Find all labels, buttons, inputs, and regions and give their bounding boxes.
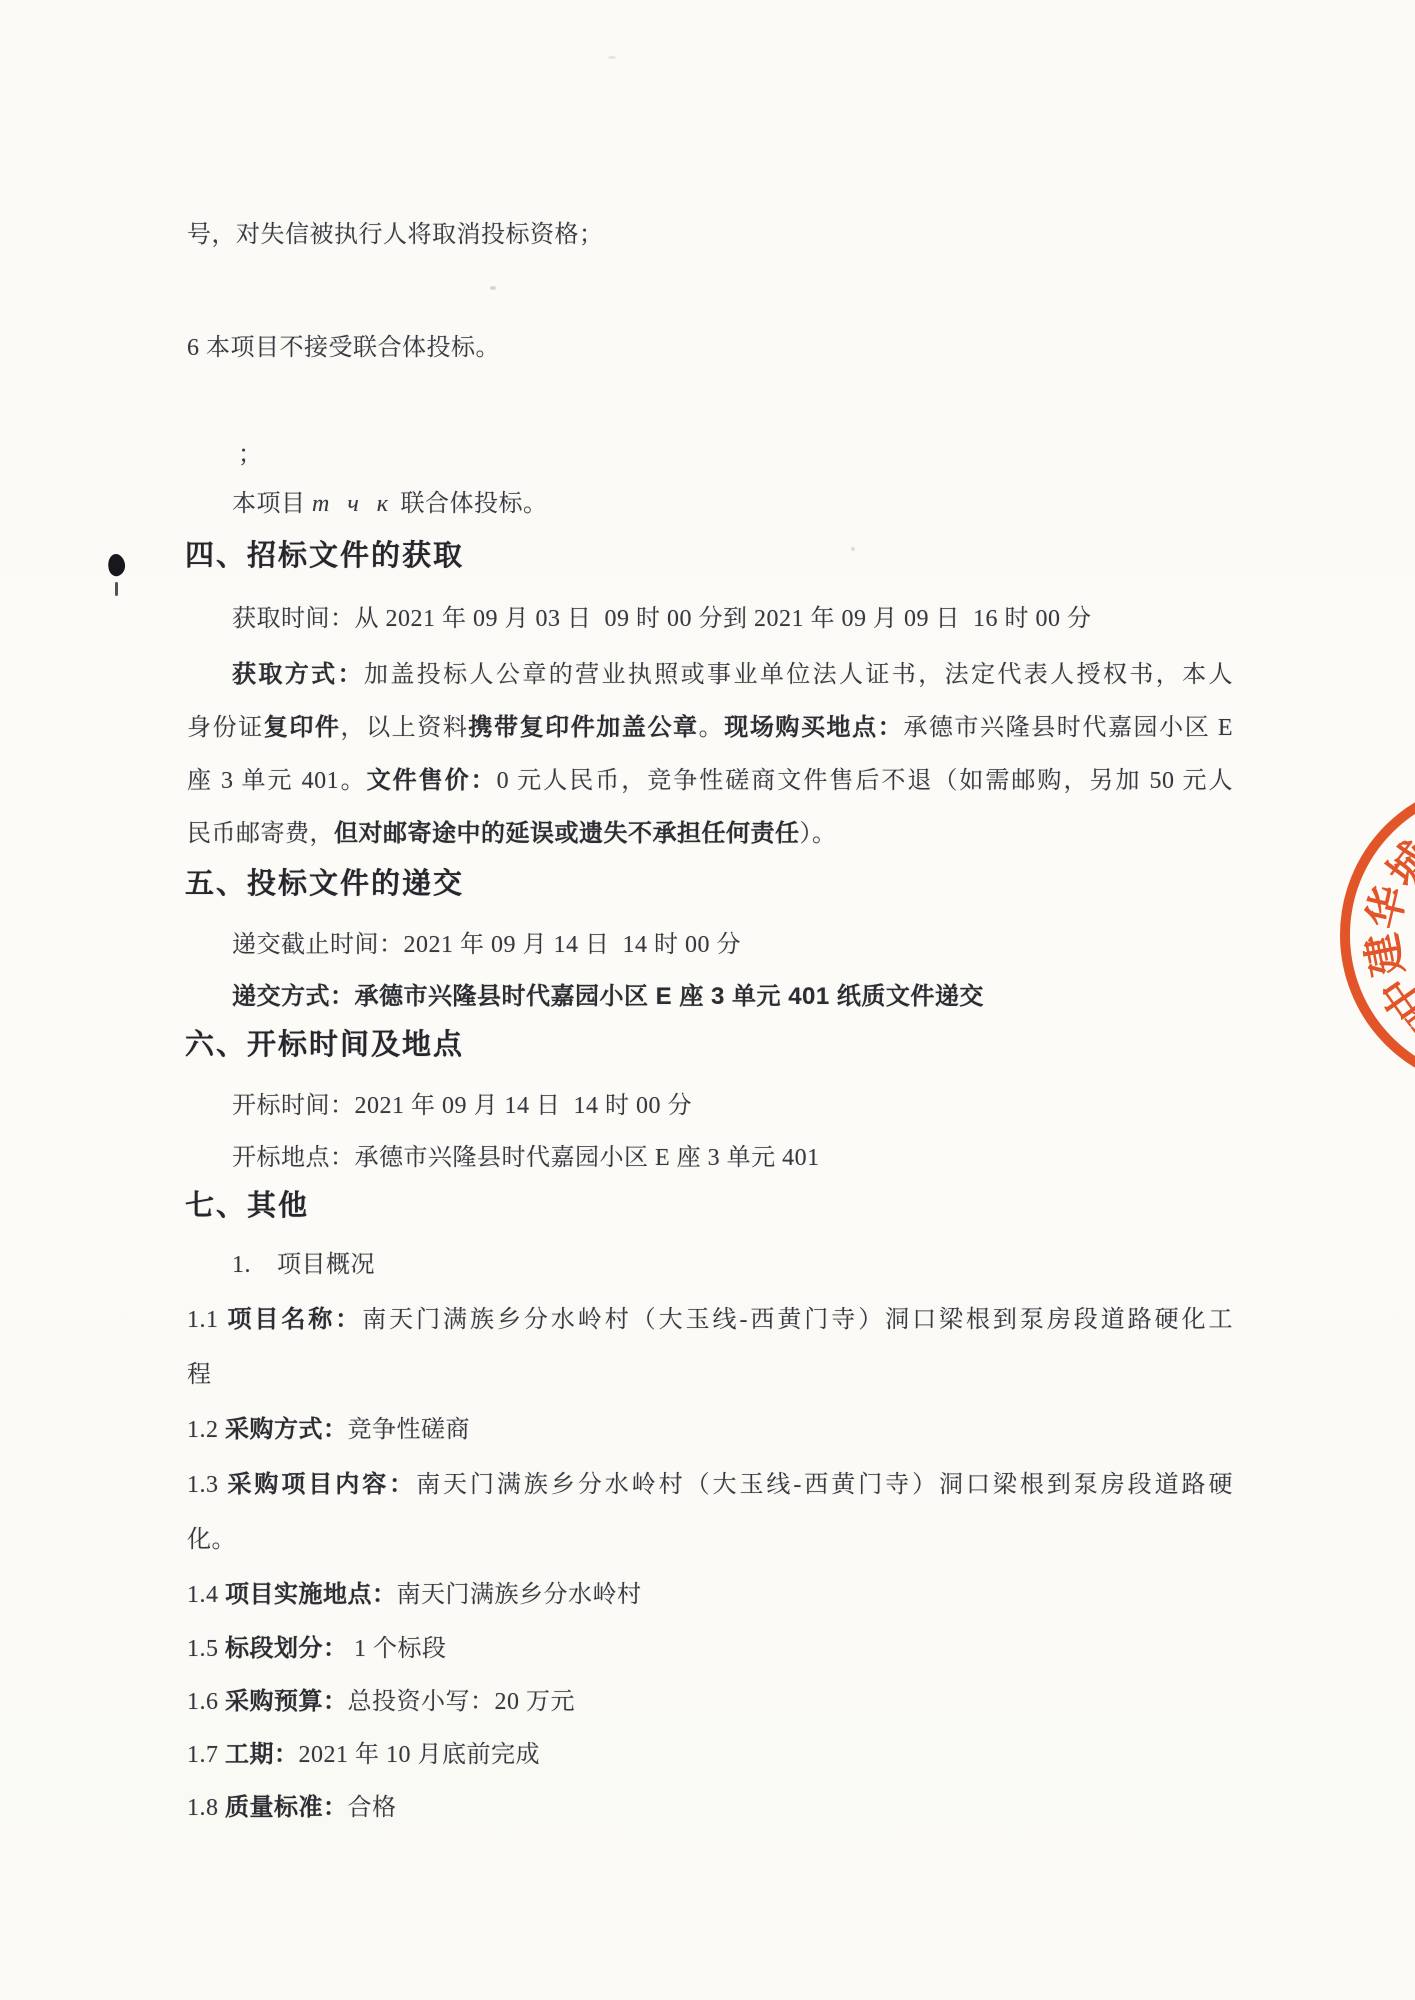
- seal-char: 华: [1359, 881, 1414, 933]
- item-no: 1.4: [187, 1582, 225, 1608]
- seg: ）。: [800, 821, 837, 847]
- seg-bold: 携带复印件加盖公章: [468, 714, 698, 741]
- jv-pre: 本项目: [232, 491, 312, 517]
- semicolon-line: ；: [238, 440, 263, 470]
- item-no: 1.3: [187, 1472, 227, 1498]
- jv-post: 联合体投标。: [394, 491, 548, 517]
- acquire-method-text1: 加盖投标人公章的营业执照或事业单位法人证书，法定代表人授权书，本人: [364, 662, 1233, 688]
- item-no: 1.1: [187, 1307, 227, 1333]
- item-1-3-line1: 1.3 采购项目内容：南天门满族乡分水岭村（大玉线-西黄门寺）洞口梁根到泵房段道…: [187, 1470, 1233, 1500]
- acquire-method-label: 获取方式：: [232, 661, 364, 688]
- item-1-7-line: 1.7 工期：2021 年 10 月底前完成: [187, 1740, 540, 1770]
- scan-speck: [608, 56, 616, 59]
- item-1-8-line: 1.8 质量标准：合格: [187, 1793, 397, 1823]
- item-no: 1.8: [187, 1795, 225, 1821]
- ink-blot: [106, 552, 128, 577]
- seg-bold: 但对邮寄途中的延误或遗失不承担任何责任: [334, 820, 800, 847]
- item-label: 采购项目内容：: [227, 1471, 416, 1498]
- acquire-method-line2: 身份证复印件，以上资料携带复印件加盖公章。现场购买地点：承德市兴隆县时代嘉园小区…: [187, 713, 1233, 743]
- submit-method-line: 递交方式：承德市兴隆县时代嘉园小区 E 座 3 单元 401 纸质文件递交: [232, 982, 984, 1012]
- seg: 承德市兴隆县时代嘉园小区 E: [903, 715, 1233, 741]
- item-1-3-line2: 化。: [187, 1525, 236, 1555]
- item-value: 2021 年 10 月底前完成: [299, 1742, 541, 1768]
- item-1-2-line: 1.2 采购方式：竞争性磋商: [187, 1415, 470, 1445]
- no-joint-bid-line: 6 本项目不接受联合体投标。: [187, 333, 500, 363]
- item-value: 总投资小写：20 万元: [348, 1689, 576, 1715]
- seg: 座 3 单元 401。: [187, 768, 367, 794]
- item-1-1-line2: 程: [187, 1360, 212, 1390]
- item-label: 标段划分：: [225, 1635, 348, 1662]
- submit-deadline-line: 递交截止时间：2021 年 09 月 14 日 14 时 00 分: [232, 930, 741, 960]
- item-no: 1.5: [187, 1636, 225, 1662]
- joint-venture-line: 本项目 т ч к 联合体投标。: [232, 489, 548, 519]
- item-label: 工期：: [225, 1741, 299, 1768]
- scan-speck: [851, 547, 855, 551]
- item-no: 1.6: [187, 1689, 225, 1715]
- item-value: 1 个标段: [348, 1636, 447, 1662]
- seg-bold: 复印件: [264, 714, 341, 741]
- item-value: 竞争性磋商: [348, 1417, 471, 1443]
- item-1-6-line: 1.6 采购预算：总投资小写：20 万元: [187, 1687, 575, 1717]
- section5-heading: 五、投标文件的递交: [185, 869, 464, 899]
- seg-bold: 现场购买地点：: [724, 714, 903, 741]
- seg: ，以上资料: [341, 715, 469, 741]
- red-seal-stamp: 城 华 建 中 110: [1330, 770, 1415, 1110]
- item-1-5-line: 1.5 标段划分： 1 个标段: [187, 1634, 447, 1664]
- item-1-1-line1: 1.1 项目名称：南天门满族乡分水岭村（大玉线-西黄门寺）洞口梁根到泵房段道路硬…: [187, 1305, 1233, 1335]
- item-value: 南天门满族乡分水岭村: [397, 1582, 642, 1608]
- item-label: 采购预算：: [225, 1688, 348, 1715]
- item-value: 南天门满族乡分水岭村（大玉线-西黄门寺）洞口梁根到泵房段道路硬: [416, 1472, 1233, 1498]
- acquire-method-line4: 民币邮寄费，但对邮寄途中的延误或遗失不承担任何责任）。: [187, 819, 837, 849]
- seg: 0 元人民币，竞争性磋商文件售后不退（如需邮购，另加 50 元人: [497, 768, 1233, 794]
- section7-heading: 七、其他: [185, 1191, 309, 1221]
- acquire-method-line1: 获取方式：加盖投标人公章的营业执照或事业单位法人证书，法定代表人授权书，本人: [232, 660, 1233, 690]
- section6-heading: 六、开标时间及地点: [185, 1030, 464, 1060]
- item-value: 合格: [348, 1795, 397, 1821]
- acquire-method-line3: 座 3 单元 401。文件售价：0 元人民币，竞争性磋商文件售后不退（如需邮购，…: [187, 766, 1233, 796]
- item-label: 项目实施地点：: [225, 1581, 397, 1608]
- seg: 民币邮寄费，: [187, 821, 334, 847]
- item-label: 质量标准：: [225, 1794, 348, 1821]
- item-no: 1.7: [187, 1742, 225, 1768]
- jv-cyrillic-fragment: т ч к: [312, 491, 394, 517]
- item-value: 南天门满族乡分水岭村（大玉线-西黄门寺）洞口梁根到泵房段道路硬化工: [362, 1307, 1233, 1333]
- seg: 。: [699, 715, 725, 741]
- ink-blot-tail: [115, 582, 118, 596]
- acquire-time-line: 获取时间：从 2021 年 09 月 03 日 09 时 00 分到 2021 …: [232, 604, 1092, 634]
- scanned-tender-document-page: 号，对失信被执行人将取消投标资格； 6 本项目不接受联合体投标。 ； 本项目 т…: [0, 0, 1415, 2000]
- item-label: 项目名称：: [227, 1306, 362, 1333]
- scan-speck: [490, 286, 496, 290]
- project-overview-line: 1. 项目概况: [232, 1250, 375, 1280]
- seg-bold: 文件售价：: [367, 767, 497, 794]
- item-label: 采购方式：: [225, 1416, 348, 1443]
- item-no: 1.2: [187, 1417, 225, 1443]
- fragment-line: 号，对失信被执行人将取消投标资格；: [187, 220, 604, 250]
- open-time-line: 开标时间：2021 年 09 月 14 日 14 时 00 分: [232, 1091, 692, 1121]
- section4-heading: 四、招标文件的获取: [185, 541, 464, 571]
- open-place-line: 开标地点：承德市兴隆县时代嘉园小区 E 座 3 单元 401: [232, 1143, 820, 1173]
- seg: 身份证: [187, 715, 264, 741]
- item-1-4-line: 1.4 项目实施地点：南天门满族乡分水岭村: [187, 1580, 642, 1610]
